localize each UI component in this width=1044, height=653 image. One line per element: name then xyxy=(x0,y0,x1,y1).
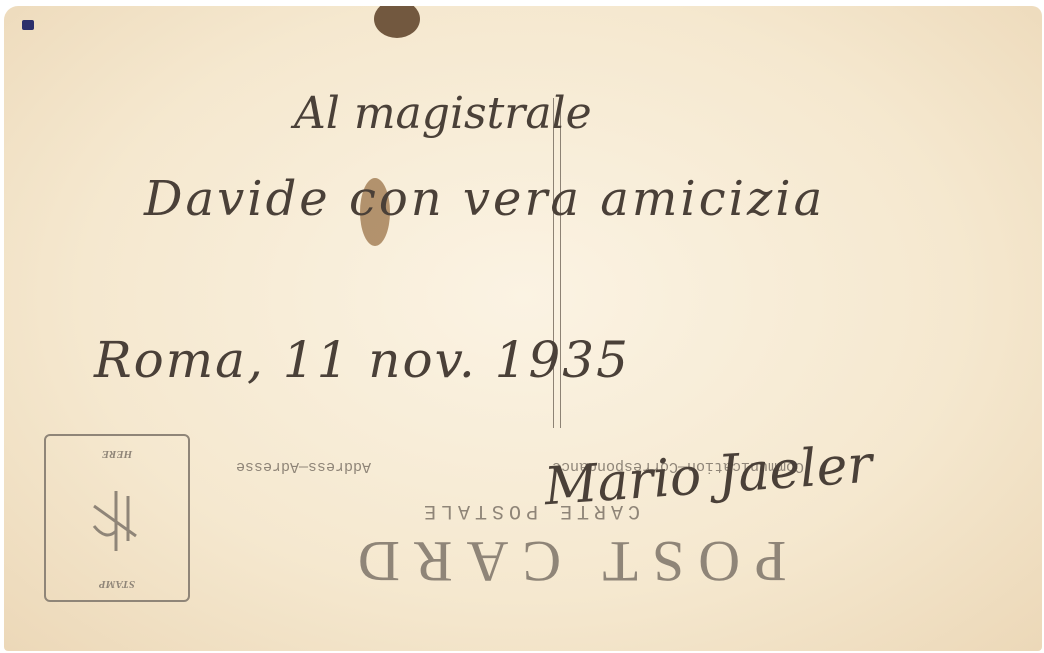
stain-top xyxy=(374,6,420,38)
stamp-label-stamp: STAMP xyxy=(46,578,188,590)
handwritten-signature: Mario Jaeler xyxy=(542,435,874,518)
handwritten-line-1: Al magistrale xyxy=(294,88,592,139)
stamp-box: HERE STAMP xyxy=(44,434,190,602)
handwritten-date: Roma, 11 nov. 1935 xyxy=(94,331,630,389)
handwritten-line-2: Davide con vera amicizia xyxy=(144,171,825,227)
postcard-back: POST CARD CARTE POSTALE Communication—Co… xyxy=(4,6,1042,651)
publisher-logo-icon xyxy=(86,486,146,556)
stain-corner xyxy=(22,20,34,30)
address-label: Address—Adresse xyxy=(236,458,371,475)
printed-title: POST CARD xyxy=(344,528,786,595)
stamp-label-here: HERE xyxy=(46,448,188,460)
